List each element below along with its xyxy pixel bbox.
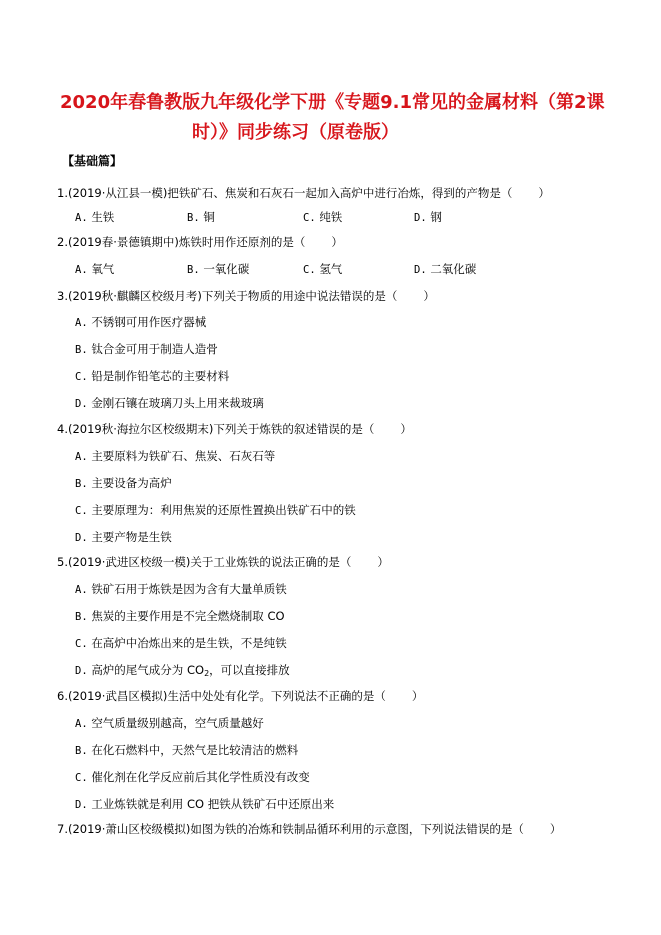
question-number: 7. xyxy=(57,822,68,836)
question-1-option-b: B. 铜 xyxy=(187,208,215,227)
option-letter: B. xyxy=(75,478,88,490)
question-source: (2019秋·海拉尔区校级期末) xyxy=(68,422,213,436)
option-text: 主要设备为高炉 xyxy=(91,476,172,490)
question-4-stem: 4.(2019秋·海拉尔区校级期末)下列关于炼铁的叙述错误的是（） xyxy=(57,420,412,438)
question-2-stem: 2.(2019春·景德镇期中)炼铁时用作还原剂的是（） xyxy=(57,233,343,251)
option-text: 纯铁 xyxy=(319,210,342,224)
question-source: (2019·武进区校级一模) xyxy=(68,555,190,569)
question-text: 把铁矿石、焦炭和石灰石一起加入高炉中进行冶炼，得到的产物是（ xyxy=(167,186,512,200)
option-letter: A. xyxy=(75,451,88,463)
question-4-option-c: C. 主要原理为：利用焦炭的还原性置换出铁矿石中的铁 xyxy=(75,501,356,520)
question-number: 3. xyxy=(57,289,68,303)
question-text: 如图为铁的冶炼和铁制品循环利用的示意图，下列说法错误的是（ xyxy=(190,822,524,836)
option-letter: A. xyxy=(75,212,88,224)
question-number: 1. xyxy=(57,186,68,200)
option-text: 铅是制作铅笔芯的主要材料 xyxy=(91,369,229,383)
question-3-option-c: C. 铅是制作铅笔芯的主要材料 xyxy=(75,367,229,386)
option-text-cont: ，可以直接排放 xyxy=(209,663,290,677)
option-text: 主要产物是生铁 xyxy=(91,530,172,544)
answer-blank-close: ） xyxy=(400,422,412,436)
option-text: 在高炉中冶炼出来的是生铁，不是纯铁 xyxy=(91,636,287,650)
question-7-stem: 7.(2019·萧山区校级模拟)如图为铁的冶炼和铁制品循环利用的示意图，下列说法… xyxy=(57,820,561,838)
question-4-option-b: B. 主要设备为高炉 xyxy=(75,474,172,493)
question-3-option-a: A. 不锈钢可用作医疗器械 xyxy=(75,313,206,332)
option-letter: D. xyxy=(414,212,427,224)
option-letter: B. xyxy=(75,611,88,623)
document-title-line-2: 时）》同步练习（原卷版） xyxy=(192,118,661,148)
option-text: 催化剂在化学反应前后其化学性质没有改变 xyxy=(91,770,310,784)
question-source: (2019·武昌区模拟) xyxy=(68,689,167,703)
option-text: 主要原理为：利用焦炭的还原性置换出铁矿石中的铁 xyxy=(91,503,356,517)
question-6-option-a: A. 空气质量级别越高，空气质量越好 xyxy=(75,714,264,733)
question-3-option-b: B. 钛合金可用于制造人造骨 xyxy=(75,340,218,359)
option-text: 焦炭的主要作用是不完全燃烧制取 CO xyxy=(91,609,284,623)
option-text: 工业炼铁就是利用 CO 把铁从铁矿石中还原出来 xyxy=(91,797,334,811)
option-letter: D. xyxy=(75,532,88,544)
option-letter: C. xyxy=(75,371,88,383)
question-6-option-c: C. 催化剂在化学反应前后其化学性质没有改变 xyxy=(75,768,310,787)
question-2-option-a: A. 氧气 xyxy=(75,260,114,279)
option-letter: D. xyxy=(75,799,88,811)
answer-blank-close: ） xyxy=(331,235,343,249)
question-6-option-b: B. 在化石燃料中，天然气是比较清洁的燃料 xyxy=(75,741,298,760)
answer-blank-close: ） xyxy=(412,689,424,703)
section-label-basic: 【基础篇】 xyxy=(62,152,122,170)
answer-blank-close: ） xyxy=(423,289,435,303)
option-letter: C. xyxy=(75,772,88,784)
option-letter: A. xyxy=(75,718,88,730)
option-letter: B. xyxy=(75,745,88,757)
option-text: 氢气 xyxy=(319,262,342,276)
option-text: 生铁 xyxy=(91,210,114,224)
question-1-stem: 1.(2019·从江县一模)把铁矿石、焦炭和石灰石一起加入高炉中进行冶炼，得到的… xyxy=(57,184,550,202)
question-5-option-a: A. 铁矿石用于炼铁是因为含有大量单质铁 xyxy=(75,580,287,599)
option-text: 主要原料为铁矿石、焦炭、石灰石等 xyxy=(91,449,275,463)
option-text: 钛合金可用于制造人造骨 xyxy=(91,342,218,356)
question-5-option-d: D. 高炉的尾气成分为 CO2，可以直接排放 xyxy=(75,661,290,683)
option-letter: B. xyxy=(187,264,200,276)
question-2-option-d: D. 二氧化碳 xyxy=(414,260,476,279)
document-title-line-1: 2020年春鲁教版九年级化学下册《专题9.1常见的金属材料（第2课 xyxy=(60,88,640,118)
question-1-option-d: D. 钢 xyxy=(414,208,442,227)
question-text: 下列关于炼铁的叙述错误的是（ xyxy=(213,422,374,436)
answer-blank-close: ） xyxy=(377,555,389,569)
question-text: 关于工业炼铁的说法正确的是（ xyxy=(190,555,351,569)
question-number: 2. xyxy=(57,235,68,249)
option-text: 氧气 xyxy=(91,262,114,276)
option-letter: D. xyxy=(75,665,88,677)
question-number: 5. xyxy=(57,555,68,569)
question-number: 4. xyxy=(57,422,68,436)
option-letter: A. xyxy=(75,584,88,596)
question-4-option-a: A. 主要原料为铁矿石、焦炭、石灰石等 xyxy=(75,447,275,466)
question-5-option-c: C. 在高炉中冶炼出来的是生铁，不是纯铁 xyxy=(75,634,287,653)
option-letter: D. xyxy=(75,398,88,410)
question-5-stem: 5.(2019·武进区校级一模)关于工业炼铁的说法正确的是（） xyxy=(57,553,389,571)
answer-blank-close: ） xyxy=(538,186,550,200)
option-letter: C. xyxy=(75,505,88,517)
question-6-stem: 6.(2019·武昌区模拟)生活中处处有化学。下列说法不正确的是（） xyxy=(57,687,423,705)
question-3-option-d: D. 金刚石镶在玻璃刀头上用来裁玻璃 xyxy=(75,394,264,413)
option-text: 钢 xyxy=(430,210,442,224)
option-letter: A. xyxy=(75,317,88,329)
option-letter: B. xyxy=(75,344,88,356)
option-text: 金刚石镶在玻璃刀头上用来裁玻璃 xyxy=(91,396,264,410)
option-text: 在化石燃料中，天然气是比较清洁的燃料 xyxy=(91,743,298,757)
option-text: 二氧化碳 xyxy=(430,262,476,276)
question-text: 炼铁时用作还原剂的是（ xyxy=(179,235,306,249)
option-text: 不锈钢可用作医疗器械 xyxy=(91,315,206,329)
option-letter: A. xyxy=(75,264,88,276)
option-text: 铁矿石用于炼铁是因为含有大量单质铁 xyxy=(91,582,287,596)
option-text: 铜 xyxy=(203,210,215,224)
option-letter: D. xyxy=(414,264,427,276)
option-letter: C. xyxy=(303,264,316,276)
option-letter: C. xyxy=(303,212,316,224)
question-text: 生活中处处有化学。下列说法不正确的是（ xyxy=(167,689,386,703)
question-source: (2019秋·麒麟区校级月考) xyxy=(68,289,202,303)
question-6-option-d: D. 工业炼铁就是利用 CO 把铁从铁矿石中还原出来 xyxy=(75,795,334,814)
question-4-option-d: D. 主要产物是生铁 xyxy=(75,528,172,547)
answer-blank-close: ） xyxy=(550,822,562,836)
question-source: (2019·萧山区校级模拟) xyxy=(68,822,190,836)
question-2-option-b: B. 一氧化碳 xyxy=(187,260,249,279)
question-3-stem: 3.(2019秋·麒麟区校级月考)下列关于物质的用途中说法错误的是（） xyxy=(57,287,435,305)
document-page: 2020年春鲁教版九年级化学下册《专题9.1常见的金属材料（第2课 时）》同步练… xyxy=(0,0,661,935)
option-letter: C. xyxy=(75,638,88,650)
option-text: 空气质量级别越高，空气质量越好 xyxy=(91,716,264,730)
question-source: (2019春·景德镇期中) xyxy=(68,235,179,249)
option-text: 高炉的尾气成分为 CO xyxy=(91,663,204,677)
question-1-option-a: A. 生铁 xyxy=(75,208,114,227)
question-5-option-b: B. 焦炭的主要作用是不完全燃烧制取 CO xyxy=(75,607,285,626)
question-source: (2019·从江县一模) xyxy=(68,186,167,200)
question-text: 下列关于物质的用途中说法错误的是（ xyxy=(202,289,398,303)
question-1-option-c: C. 纯铁 xyxy=(303,208,342,227)
question-2-option-c: C. 氢气 xyxy=(303,260,342,279)
question-number: 6. xyxy=(57,689,68,703)
option-text: 一氧化碳 xyxy=(203,262,249,276)
option-letter: B. xyxy=(187,212,200,224)
